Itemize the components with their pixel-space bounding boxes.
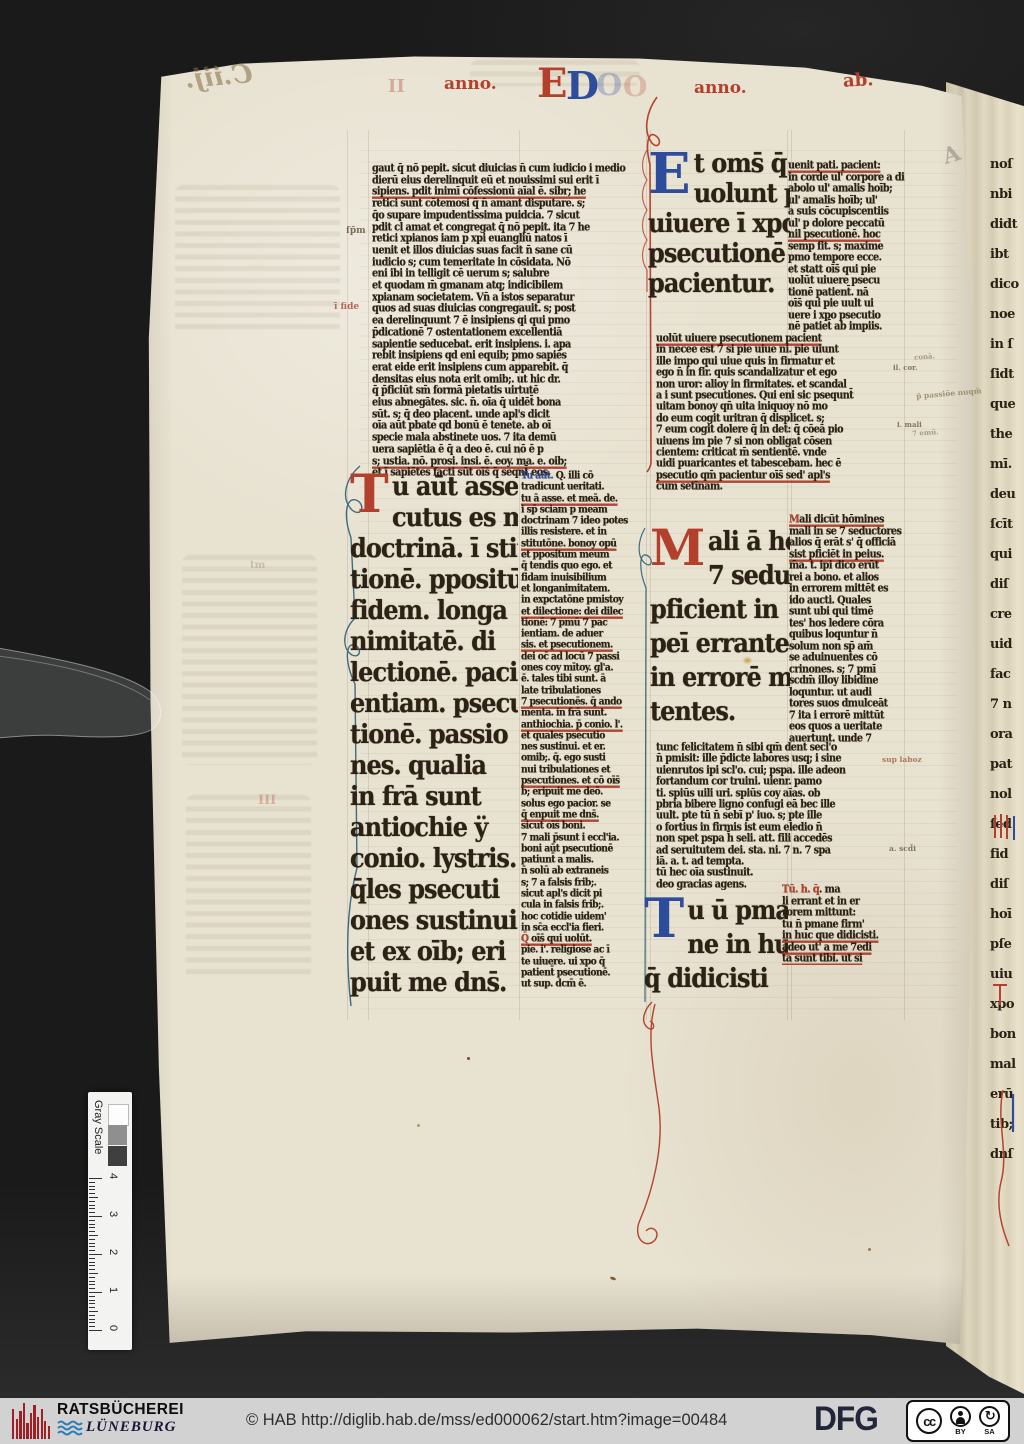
edge-text-line: fid — [990, 840, 1024, 870]
manuscript-line: ne in huſ — [644, 927, 782, 963]
ruler-tick — [89, 1281, 95, 1282]
manuscript-line: ē. tales tibi sunt. ā — [521, 673, 635, 685]
ruler-tick — [89, 1205, 95, 1206]
manuscript-line: pficient in — [650, 592, 784, 628]
stain-speck — [467, 1057, 470, 1060]
ruler-tick — [89, 1239, 95, 1240]
ruler-tick — [89, 1319, 95, 1320]
manuscript-line: u ū pma — [644, 893, 782, 929]
gloss-bottom-right: Tū. h̄. q̄. mali errant et in errorem mi… — [782, 884, 910, 965]
manuscript-line: sicut oīs̄ boni. — [521, 820, 635, 832]
ruler-tick — [89, 1227, 95, 1228]
library-logo-icon — [12, 1403, 50, 1439]
ruler-tick — [89, 1322, 95, 1323]
edge-text-line: dico — [990, 270, 1024, 300]
manuscript-line: menta. in frā sunt. — [521, 707, 635, 719]
logo-bar — [44, 1421, 46, 1439]
manuscript-line: q̄ tendis quo ego. et — [521, 560, 635, 572]
edge-text-line: ora — [990, 720, 1024, 750]
manuscript-line: anthiochia. p̄ conio. l'. — [521, 719, 635, 731]
gloss-wide-upper: uolūt uiuere psecutionem pacient̄in nece… — [656, 333, 908, 493]
manuscript-line: omib;. q̄. ego susti — [521, 752, 635, 764]
ruler-tick — [89, 1243, 95, 1244]
cc-by-icon — [950, 1406, 971, 1427]
logo-bar — [19, 1411, 21, 1439]
manuscript-line: puit me dns̄. — [350, 966, 511, 997]
manuscript-line: tu ā asse. et meā. de. — [521, 493, 635, 505]
cc-license-badge: cc BY ↻ SA — [906, 1400, 1010, 1442]
bleed-numeral: II — [388, 76, 405, 97]
running-title-initial-red: E — [537, 60, 568, 107]
grayscale-patch-dark — [108, 1146, 127, 1166]
margin-note: ī fide — [334, 302, 359, 312]
manuscript-line: tentes. — [650, 694, 784, 728]
edge-text-line: pat — [990, 750, 1024, 780]
running-title-anno-left: anno. — [444, 74, 497, 94]
logo-bar — [26, 1423, 28, 1439]
edge-text-line: fac — [990, 660, 1024, 690]
ruler-tick — [89, 1273, 98, 1274]
manuscript-line: boni aūt psecutionē — [521, 843, 635, 855]
manuscript-line: ali ā hoīes — [650, 524, 784, 560]
manuscript-line: doctrinā. ī stitu — [350, 532, 511, 565]
manuscript-line: ones sustinui. — [350, 904, 511, 937]
ruler-number: 0 — [107, 1325, 119, 1331]
edge-text-line: pſe — [990, 930, 1024, 960]
manuscript-line: sis. et psecutionem. — [521, 639, 635, 651]
margin-note: sup laboz — [882, 755, 922, 764]
manuscript-line: cutus es meā — [350, 501, 511, 534]
edge-text-line: tib; — [990, 1110, 1024, 1140]
ruler-tick — [89, 1303, 95, 1304]
ruler-tick — [89, 1201, 95, 1202]
grayscale-patch-mid — [108, 1125, 127, 1145]
edge-text-line: noſ — [990, 150, 1024, 180]
ruler-tick — [89, 1250, 95, 1251]
copyright-text: © HAB http://diglib.hab.de/mss/ed000062/… — [246, 1411, 727, 1430]
gloss-top-right: uenit pati. pacient̄:in corde ul' corpor… — [788, 160, 908, 333]
manuscript-line: nē patiet̄ ab impiis. — [788, 321, 898, 333]
margin-note: 7 emū. — [912, 427, 939, 438]
lemma-tu-vero: Tu ū pmane in huſq̄ didicisti — [644, 893, 788, 995]
ruler-tick — [89, 1208, 95, 1209]
column-rule — [347, 130, 348, 1020]
ruler-tick — [89, 1220, 95, 1221]
manuscript-line: cula in falsis frib;. — [521, 899, 635, 911]
edge-text-line: in ſ — [990, 330, 1024, 360]
ruler-number: 4 — [107, 1173, 119, 1179]
manuscript-line: late tribulationes — [521, 685, 635, 697]
edge-text-line: diſ — [990, 570, 1024, 600]
stain-speck — [417, 1124, 420, 1127]
next-page-edge-text: noſnbididtibtdiconoein ſſidtquethemī.deu… — [990, 150, 1024, 1170]
ruler-tick — [89, 1262, 95, 1263]
logo-bar — [33, 1405, 35, 1439]
ruler-tick — [89, 1288, 95, 1289]
bleed-through — [175, 185, 340, 335]
edge-text-line: ſcīt — [990, 510, 1024, 540]
gloss-middle: Tu aūt. Q. illi cōtradicunt ueritati.tu … — [521, 470, 645, 990]
cc-by-label: BY — [955, 1427, 965, 1436]
edge-text-line: 7 n — [990, 690, 1024, 720]
manuscript-line: peī errantes — [650, 626, 784, 662]
ruler-tick — [89, 1178, 102, 1179]
ruler-tick — [89, 1269, 95, 1270]
margin-note: tm — [250, 560, 265, 571]
edge-text-line: nol — [990, 780, 1024, 810]
manuscript-line: dei oc̄ ad locū 7 passi — [521, 651, 635, 663]
lemma-mali-homines: Mali ā hoīes7 seductorespficient inpeī e… — [650, 524, 790, 728]
margin-note: III — [258, 793, 276, 808]
manuscript-line: s; 7 a falsis frib;. — [521, 877, 635, 889]
manuscript-line: et quales psecutio — [521, 730, 635, 742]
manuscript-line: nui tribulationes et — [521, 764, 635, 776]
edge-text-line: uiu — [990, 960, 1024, 990]
gloss-top-left: gaut q̄ nō pepit. sicut diuicias n̄ cum … — [372, 163, 644, 479]
edge-text-line: noe — [990, 300, 1024, 330]
ruler-tick — [89, 1311, 98, 1312]
grayscale-label: Gray Scale — [92, 1100, 104, 1154]
ruler-tick — [89, 1216, 102, 1217]
ruler-tick — [89, 1300, 95, 1301]
edge-text-line: qui — [990, 540, 1024, 570]
manuscript-line: conio. lystris. — [350, 842, 511, 875]
manuscript-line: uiuere ī xpo — [648, 208, 784, 240]
edge-text-line: xpo — [990, 990, 1024, 1020]
manuscript-line: stitutōne. bonoy opū — [521, 538, 635, 550]
edge-text-line: mī. — [990, 450, 1024, 480]
stain-speck — [610, 1276, 617, 1281]
edge-text-line: mal — [990, 1050, 1024, 1080]
logo-bar — [48, 1426, 50, 1439]
ruler-tick — [89, 1186, 95, 1187]
manuscript-line: pacientur. — [648, 268, 784, 298]
edge-text-line: bon — [990, 1020, 1024, 1050]
ruler-tick — [89, 1197, 98, 1198]
library-city: LÜNEBURG — [86, 1419, 177, 1436]
edge-text-line: hoī — [990, 900, 1024, 930]
manuscript-line: in errorē mit — [650, 660, 784, 696]
footer-bar: RATSBÜCHEREI LÜNEBURG © HAB http://digli… — [0, 1398, 1024, 1444]
manuscript-line: tionē. ppositū. — [350, 563, 511, 596]
ruler-tick — [89, 1277, 95, 1278]
gloss-wide-lower: tunc felicitatem n̄ sibi qm̄ dent secl'o… — [656, 742, 908, 890]
edge-text-line: the — [990, 420, 1024, 450]
library-name: RATSBÜCHEREI — [57, 1401, 184, 1419]
running-title-ab: ab. — [842, 69, 874, 92]
lemma-et-omnes: Et oms̄ q̄uolunt pieuiuere ī xpopsecutio… — [648, 148, 790, 298]
running-title-anno-right: anno. — [694, 78, 747, 98]
margin-note: a. scd̄i — [889, 844, 916, 853]
ruler-tick — [89, 1307, 95, 1308]
manuscript-line: solus ego pacior. se — [521, 798, 635, 810]
bleed-through — [182, 555, 317, 765]
edge-text-line: ſidt — [990, 360, 1024, 390]
manuscript-line: ta sunt tibi. ut si — [782, 953, 900, 965]
manuscript-line: cum setīnam. — [656, 481, 888, 492]
margin-note: conā. — [914, 351, 936, 361]
margin-note: il. cor. — [893, 363, 918, 372]
logo-bar — [30, 1413, 32, 1439]
ruler-tick — [89, 1326, 95, 1327]
bleed-through — [186, 795, 311, 980]
grayscale-patch-white — [108, 1104, 129, 1126]
edge-text-line: ſed — [990, 810, 1024, 840]
ruler-tick — [89, 1254, 102, 1255]
ruler-tick — [89, 1296, 95, 1297]
edge-text-line: que — [990, 390, 1024, 420]
logo-bar — [37, 1417, 39, 1439]
manuscript-line: q̄les psecuti — [350, 873, 511, 906]
gloss-right-mid: Mali dicūt hōminesmali in se 7 seductore… — [789, 514, 909, 744]
clip-highlight — [0, 656, 150, 700]
edge-text-line: uid — [990, 630, 1024, 660]
logo-bar — [16, 1419, 18, 1439]
ruler-tick — [89, 1315, 95, 1316]
manuscript-line: t oms̄ q̄ — [648, 148, 784, 180]
edge-text-line: erū — [990, 1080, 1024, 1110]
dfg-logo: DFG — [814, 1400, 878, 1439]
ruler-tick — [89, 1246, 95, 1247]
bleed-letter: O — [596, 68, 622, 103]
edge-text-line: cre — [990, 600, 1024, 630]
bleed-letter: O — [623, 70, 647, 103]
ruler-tick — [89, 1258, 95, 1259]
clip-body — [0, 648, 161, 738]
edge-text-line: deu — [990, 480, 1024, 510]
manuscript-line: 7 mali p̄sunt i eccl'ia. — [521, 832, 635, 844]
ruler-number: 2 — [107, 1249, 119, 1255]
ruler-tick — [89, 1224, 95, 1225]
stain-speck — [868, 1248, 871, 1251]
manuscript-line: fidam inuisibilium — [521, 572, 635, 584]
manuscript-line: entiam. psecu — [350, 687, 511, 720]
library-logo: RATSBÜCHEREI LÜNEBURG — [57, 1401, 184, 1436]
manuscript-line: et dilectione: dei dilec — [521, 606, 635, 618]
edge-text-line: diſ — [990, 870, 1024, 900]
edge-text-line: dnſ — [990, 1140, 1024, 1170]
edge-text-line: ibt — [990, 240, 1024, 270]
ruler-tick — [89, 1284, 95, 1285]
ruler-number: 3 — [107, 1211, 119, 1217]
manuscript-line: pie. i'. religiose ac ī — [521, 944, 635, 956]
cc-letters: cc — [923, 1414, 934, 1429]
ruler-tick — [89, 1265, 95, 1266]
ruler-tick — [89, 1330, 102, 1331]
manuscript-line: tradicunt ueritati. — [521, 481, 635, 493]
manuscript-line: u aūt asse — [350, 470, 511, 503]
manuscript-line: nes. qualia — [350, 749, 511, 782]
manuscript-line: in expctatōne pmistoy — [521, 594, 635, 606]
manuscript-line: nimitatē. di — [350, 625, 511, 658]
edge-text-line: didt — [990, 210, 1024, 240]
margin-note: ſp̄m — [346, 226, 366, 236]
manuscript-line: illis resistere. et in — [521, 526, 635, 538]
waves-icon — [57, 1420, 83, 1436]
manuscript-line: q̄ didicisti — [644, 961, 782, 995]
logo-bar — [41, 1409, 43, 1439]
ruler-number: 1 — [107, 1287, 119, 1293]
manuscript-photo: noſnbididtibtdiconoein ſſidtquethemī.deu… — [0, 0, 1024, 1444]
ruler-tick — [89, 1212, 95, 1213]
ruler-tick — [89, 1231, 95, 1232]
grayscale-ruler: Gray Scale 43210 — [88, 1092, 132, 1350]
manuscript-line: te uiuere. ui xpo q̄ — [521, 956, 635, 968]
manuscript-line: b; eripuit me deō. — [521, 786, 635, 798]
column-rule — [646, 130, 647, 1020]
logo-bar — [23, 1403, 25, 1439]
ruler-tick — [89, 1235, 98, 1236]
manuscript-line: 7 seductores — [650, 558, 784, 594]
manuscript-line: fidem. longa — [350, 594, 511, 627]
edge-text-line: nbi — [990, 180, 1024, 210]
manuscript-line: antiochie ÿ — [350, 811, 511, 844]
running-title-initial-blue: D — [566, 63, 599, 108]
ruler-tick — [89, 1193, 95, 1194]
manuscript-line: hoc cotidie uidem' — [521, 911, 635, 923]
manuscript-line: n̄ solū ab extraneis — [521, 865, 635, 877]
ruler-tick — [89, 1182, 95, 1183]
cc-sa-label: SA — [984, 1427, 994, 1436]
ruler-tick — [89, 1189, 95, 1190]
cc-sa-icon: ↻ — [979, 1406, 1000, 1427]
manuscript-line: ut sup. dcm̄ ē. — [521, 978, 635, 989]
folio-mark-bleed: C.iij. — [184, 59, 254, 95]
manuscript-line: in frā sunt — [350, 780, 511, 813]
manuscript-line: tionē. passio — [350, 718, 511, 751]
manuscript-line: psecutionē — [648, 238, 784, 270]
logo-bar — [12, 1409, 14, 1439]
ruler-tick — [89, 1292, 102, 1293]
manuscript-line: lectionē. paci — [350, 656, 511, 689]
cc-icon: cc — [916, 1408, 942, 1434]
manuscript-line: et ex oīb; eri — [350, 935, 511, 968]
manuscript-line: uolunt pie — [648, 178, 784, 210]
lemma-tu-autem: Tu aūt assecutus es meādoctrinā. ī stitu… — [350, 470, 518, 997]
